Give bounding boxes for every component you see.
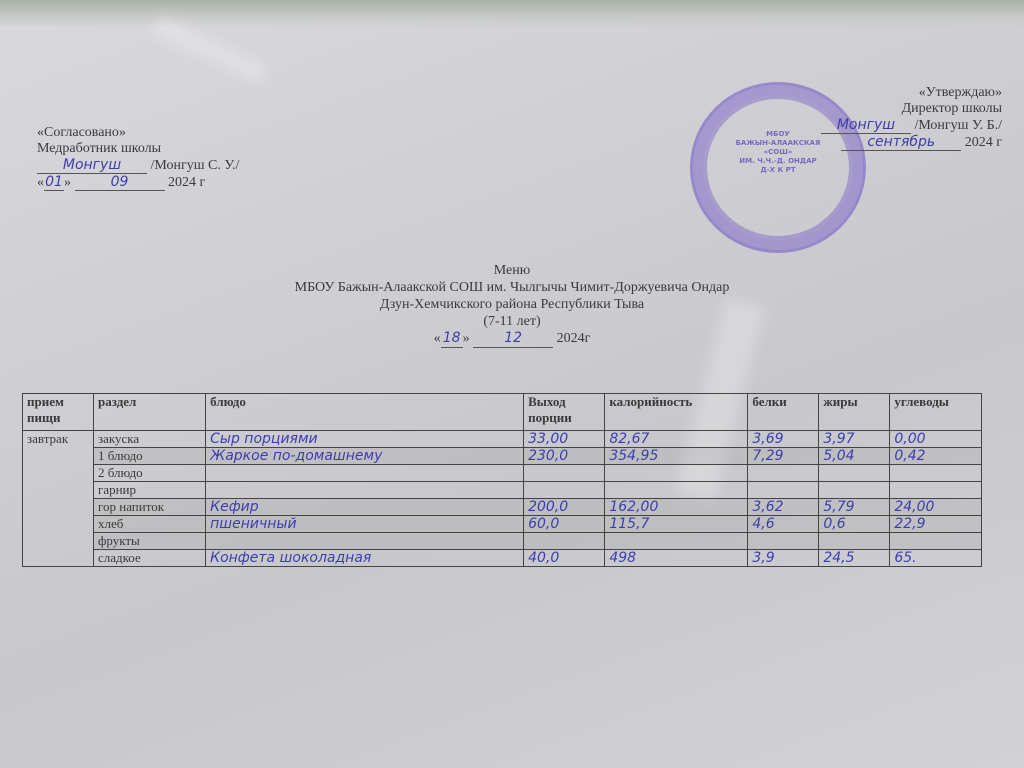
header-portion: Выход порции [524, 394, 605, 431]
dish-cell [206, 533, 524, 550]
dish-cell [206, 482, 524, 499]
header-fat: жиры [819, 394, 890, 431]
right-approval-block: «Утверждаю» Директор школы Монгуш /Монгу… [821, 85, 1002, 151]
menu-title: Меню [0, 262, 1024, 279]
table-row: гор напиток Кефир 200,0 162,00 3,62 5,79… [23, 499, 982, 516]
section-cell: сладкое [93, 550, 205, 567]
calories-cell: 354,95 [605, 448, 748, 465]
carbs-cell: 0,00 [890, 431, 982, 448]
calories-cell [605, 482, 748, 499]
right-approval-role: Директор школы [821, 101, 1002, 117]
carbs-cell [890, 482, 982, 499]
dish-cell: Кефир [206, 499, 524, 516]
stamp-text: БАЖЫН-АЛААКСКАЯ [733, 139, 823, 148]
section-cell: закуска [93, 431, 205, 448]
calories-cell: 115,7 [605, 516, 748, 533]
header-dish: блюдо [206, 394, 524, 431]
table-row: сладкое Конфета шоколадная 40,0 498 3,9 … [23, 550, 982, 567]
right-date-month: сентябрь [841, 134, 961, 151]
school-name: МБОУ Бажын-Алаакской СОШ им. Чылгычы Чим… [0, 279, 1024, 296]
carbs-cell: 24,00 [890, 499, 982, 516]
fat-cell: 5,04 [819, 448, 890, 465]
section-cell: 1 блюдо [93, 448, 205, 465]
district-name: Дзун-Хемчикского района Республики Тыва [0, 296, 1024, 313]
dish-cell: пшеничный [206, 516, 524, 533]
menu-date-month: 12 [473, 330, 553, 348]
section-cell: гарнир [93, 482, 205, 499]
table-header-row: прием пищи раздел блюдо Выход порции кал… [23, 394, 982, 431]
carbs-cell: 65. [890, 550, 982, 567]
carbs-cell [890, 533, 982, 550]
right-date-year: 2024 г [965, 135, 1002, 150]
calories-cell: 498 [605, 550, 748, 567]
portion-cell [524, 465, 605, 482]
protein-cell [748, 465, 819, 482]
menu-title-block: Меню МБОУ Бажын-Алаакской СОШ им. Чылгыч… [0, 262, 1024, 348]
dish-cell: Конфета шоколадная [206, 550, 524, 567]
table-row: гарнир [23, 482, 982, 499]
fat-cell [819, 465, 890, 482]
carbs-cell: 0,42 [890, 448, 982, 465]
menu-table: прием пищи раздел блюдо Выход порции кал… [22, 393, 982, 567]
menu-date-year: 2024г [557, 331, 591, 346]
header-meal: прием пищи [23, 394, 94, 431]
portion-cell: 60,0 [524, 516, 605, 533]
left-approval-name: /Монгуш С. У./ [151, 158, 240, 173]
fat-cell [819, 482, 890, 499]
fat-cell: 24,5 [819, 550, 890, 567]
header-calories: калорийность [605, 394, 748, 431]
protein-cell [748, 533, 819, 550]
menu-date-day: 18 [441, 330, 463, 348]
carbs-cell [890, 465, 982, 482]
table-row: завтрак закуска Сыр порциями 33,00 82,67… [23, 431, 982, 448]
header-carbs: углеводы [890, 394, 982, 431]
left-date-year: 2024 г [168, 175, 205, 190]
left-date-month: 09 [75, 174, 165, 191]
dish-cell [206, 465, 524, 482]
left-approval-block: «Согласовано» Медработник школы Монгуш /… [37, 125, 239, 191]
table-row: фрукты [23, 533, 982, 550]
section-cell: 2 блюдо [93, 465, 205, 482]
table-row: 2 блюдо [23, 465, 982, 482]
portion-cell [524, 533, 605, 550]
dish-cell: Жаркое по-домашнему [206, 448, 524, 465]
portion-cell: 33,00 [524, 431, 605, 448]
stamp-text: ИМ. Ч.Ч.-Д. ОНДАР [733, 157, 823, 166]
table-row: 1 блюдо Жаркое по-домашнему 230,0 354,95… [23, 448, 982, 465]
right-signature: Монгуш [821, 117, 911, 134]
calories-cell [605, 465, 748, 482]
right-approval-heading: «Утверждаю» [821, 85, 1002, 101]
portion-cell: 200,0 [524, 499, 605, 516]
header-section: раздел [93, 394, 205, 431]
portion-cell: 40,0 [524, 550, 605, 567]
section-cell: гор напиток [93, 499, 205, 516]
header-protein: белки [748, 394, 819, 431]
protein-cell: 4,6 [748, 516, 819, 533]
protein-cell: 3,62 [748, 499, 819, 516]
fat-cell: 5,79 [819, 499, 890, 516]
left-approval-role: Медработник школы [37, 141, 239, 157]
fat-cell [819, 533, 890, 550]
dish-cell: Сыр порциями [206, 431, 524, 448]
portion-cell [524, 482, 605, 499]
stamp-text: МБОУ [733, 130, 823, 139]
meal-cell: завтрак [23, 431, 94, 567]
left-date-day: 01 [44, 174, 64, 191]
fat-cell: 0,6 [819, 516, 890, 533]
calories-cell: 162,00 [605, 499, 748, 516]
table-row: хлеб пшеничный 60,0 115,7 4,6 0,6 22,9 [23, 516, 982, 533]
calories-cell: 82,67 [605, 431, 748, 448]
protein-cell [748, 482, 819, 499]
protein-cell: 7,29 [748, 448, 819, 465]
portion-cell: 230,0 [524, 448, 605, 465]
left-signature: Монгуш [37, 157, 147, 174]
age-group: (7-11 лет) [0, 313, 1024, 330]
calories-cell [605, 533, 748, 550]
fat-cell: 3,97 [819, 431, 890, 448]
section-cell: фрукты [93, 533, 205, 550]
protein-cell: 3,69 [748, 431, 819, 448]
carbs-cell: 22,9 [890, 516, 982, 533]
left-approval-heading: «Согласовано» [37, 125, 239, 141]
protein-cell: 3,9 [748, 550, 819, 567]
right-approval-name: /Монгуш У. Б./ [914, 118, 1002, 133]
background-strip [0, 0, 1024, 28]
stamp-text: Д-Х К РТ [733, 166, 823, 175]
section-cell: хлеб [93, 516, 205, 533]
stamp-text: «СОШ» [733, 148, 823, 157]
